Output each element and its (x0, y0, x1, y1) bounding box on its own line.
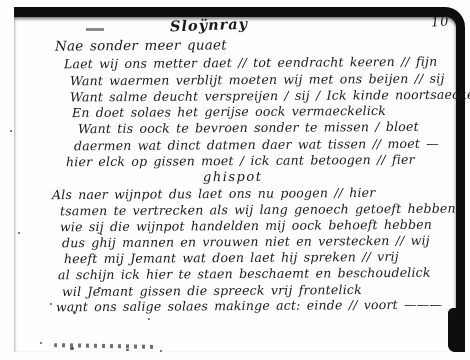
scan-speck (18, 232, 20, 234)
manuscript-line: Want salme deucht verspreijen / sij / Ic… (70, 87, 470, 105)
manuscript-line: Als naer wijnpot dus laet ons nu poogen … (52, 185, 376, 202)
scan-speck (160, 350, 162, 352)
manuscript-line: wie sij die wijnpot handelden mij oock b… (60, 217, 432, 235)
manuscript-scan-page: 10 Sloÿnray Nae sonder meer quaet Laet w… (0, 0, 470, 360)
manuscript-centered-word: ghispot (203, 170, 263, 185)
scan-speck (73, 311, 76, 314)
scan-speck (10, 130, 12, 132)
scan-speck (148, 318, 150, 320)
scan-border-blob (448, 308, 465, 352)
manuscript-line: En doet solaes het gerijse oock vermaeck… (72, 103, 386, 120)
manuscript-title: Sloÿnray (170, 16, 249, 36)
scan-speck (126, 349, 129, 351)
scan-speck (118, 264, 120, 266)
manuscript-line: Want waermen verblijt moeten wij met ons… (70, 71, 445, 89)
manuscript-line: Laet wij ons metter daet // tot eendrach… (64, 54, 437, 72)
manuscript-line: al schijn ick hier te staen beschaemt en… (58, 265, 431, 283)
manuscript-line: heeft mij Jemant wat doen laet hij sprek… (64, 249, 399, 266)
scan-artifact-dash (86, 28, 104, 31)
manuscript-line: Nae sonder meer quaet (55, 37, 227, 54)
manuscript-line: Want tis oock te bevroen sonder te misse… (78, 119, 419, 136)
page-number: 10 (431, 14, 451, 30)
manuscript-line: wil Jemant gissen die spreeck vrij front… (62, 282, 362, 299)
manuscript-line: want ons salige solaes makinge act: eind… (56, 297, 442, 315)
manuscript-line: daermen wat dinct datmen daer wat tissen… (74, 136, 439, 154)
manuscript-line: dus ghij mannen en vrouwen niet en verst… (62, 233, 430, 251)
scan-speck (50, 303, 52, 305)
scan-speck (100, 233, 102, 235)
scan-speck (40, 342, 42, 344)
manuscript-line: hier elck op gissen moet / ick cant beto… (66, 152, 415, 169)
manuscript-line: tsamen te vertrecken als wij lang genoec… (60, 201, 456, 219)
scan-speck (98, 287, 101, 289)
